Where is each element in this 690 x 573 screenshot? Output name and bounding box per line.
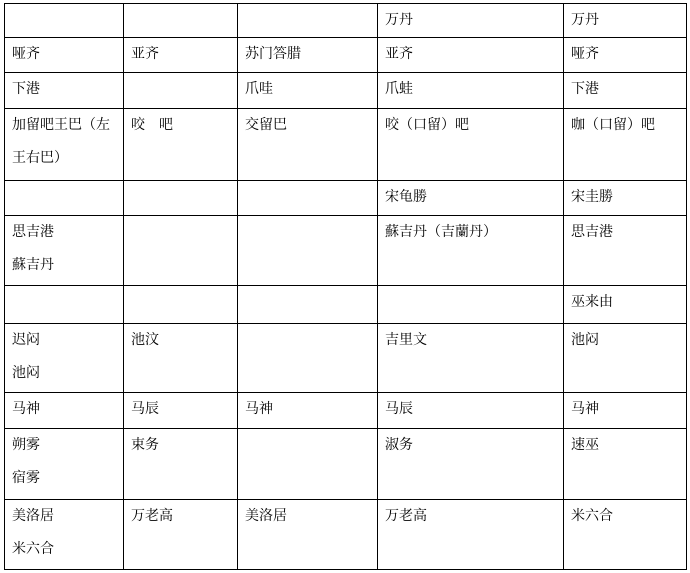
table-cell-r5-c0: 思吉港 蘇吉丹 bbox=[5, 216, 124, 286]
table-cell-r6-c2 bbox=[238, 286, 378, 324]
table-cell-r10-c0: 美洛居 米六合 bbox=[5, 500, 124, 570]
table-cell-r0-c1 bbox=[124, 4, 238, 38]
table-cell-r0-c3: 万丹 bbox=[378, 4, 564, 38]
table-cell-r10-c1: 万老高 bbox=[124, 500, 238, 570]
table-cell-r3-c2: 交留巴 bbox=[238, 109, 378, 181]
table-cell-r2-c0: 下港 bbox=[5, 73, 124, 109]
table-cell-r7-c2 bbox=[238, 324, 378, 393]
table-row: 迟闷 池闷 池汶 吉里文 池闷 bbox=[5, 324, 687, 393]
table-cell-r10-c3: 万老高 bbox=[378, 500, 564, 570]
table-cell-r4-c1 bbox=[124, 181, 238, 216]
table-cell-r5-c1 bbox=[124, 216, 238, 286]
table-cell-r1-c1: 亚齐 bbox=[124, 38, 238, 73]
table-cell-r2-c3: 爪蛙 bbox=[378, 73, 564, 109]
table-cell-r10-c2: 美洛居 bbox=[238, 500, 378, 570]
table-row: 美洛居 米六合 万老高 美洛居 万老高 米六合 bbox=[5, 500, 687, 570]
table-cell-r2-c1 bbox=[124, 73, 238, 109]
table-cell-r9-c1: 束务 bbox=[124, 429, 238, 500]
table-cell-r3-c3: 咬（口留）吧 bbox=[378, 109, 564, 181]
table-cell-r5-c4: 思吉港 bbox=[564, 216, 687, 286]
table-cell-r7-c0: 迟闷 池闷 bbox=[5, 324, 124, 393]
table-row: 哑齐 亚齐 苏门答腊 亚齐 哑齐 bbox=[5, 38, 687, 73]
table-cell-r3-c4: 咖（口留）吧 bbox=[564, 109, 687, 181]
table-cell-r9-c2 bbox=[238, 429, 378, 500]
table-cell-r7-c4: 池闷 bbox=[564, 324, 687, 393]
table-cell-r6-c3 bbox=[378, 286, 564, 324]
table-cell-r10-c4: 米六合 bbox=[564, 500, 687, 570]
table-cell-r6-c0 bbox=[5, 286, 124, 324]
table-cell-r8-c3: 马辰 bbox=[378, 393, 564, 429]
table-row: 宋龟勝 宋圭勝 bbox=[5, 181, 687, 216]
table-cell-r4-c0 bbox=[5, 181, 124, 216]
table-cell-r4-c2 bbox=[238, 181, 378, 216]
table-cell-r2-c2: 爪哇 bbox=[238, 73, 378, 109]
table-cell-r0-c2 bbox=[238, 4, 378, 38]
table-cell-r9-c0: 朔雾 宿雾 bbox=[5, 429, 124, 500]
table-cell-r8-c2: 马神 bbox=[238, 393, 378, 429]
table-cell-r7-c3: 吉里文 bbox=[378, 324, 564, 393]
table-row: 万丹 万丹 bbox=[5, 4, 687, 38]
place-name-transliteration-table: 万丹 万丹 哑齐 亚齐 苏门答腊 亚齐 哑齐 下港 爪哇 爪蛙 下港 加留吧王巴… bbox=[4, 3, 687, 570]
table-row: 下港 爪哇 爪蛙 下港 bbox=[5, 73, 687, 109]
table-cell-r5-c3: 蘇吉丹（吉蘭丹） bbox=[378, 216, 564, 286]
table-cell-r8-c4: 马神 bbox=[564, 393, 687, 429]
table-cell-r1-c3: 亚齐 bbox=[378, 38, 564, 73]
table-cell-r3-c1: 咬 吧 bbox=[124, 109, 238, 181]
table-cell-r0-c4: 万丹 bbox=[564, 4, 687, 38]
table-cell-r7-c1: 池汶 bbox=[124, 324, 238, 393]
table-cell-r9-c3: 淑务 bbox=[378, 429, 564, 500]
table-cell-r9-c4: 速巫 bbox=[564, 429, 687, 500]
table-cell-r4-c4: 宋圭勝 bbox=[564, 181, 687, 216]
table-row: 思吉港 蘇吉丹 蘇吉丹（吉蘭丹） 思吉港 bbox=[5, 216, 687, 286]
document-page: 万丹 万丹 哑齐 亚齐 苏门答腊 亚齐 哑齐 下港 爪哇 爪蛙 下港 加留吧王巴… bbox=[0, 3, 690, 573]
table-cell-r1-c0: 哑齐 bbox=[5, 38, 124, 73]
table-cell-r1-c2: 苏门答腊 bbox=[238, 38, 378, 73]
table-cell-r4-c3: 宋龟勝 bbox=[378, 181, 564, 216]
table-cell-r5-c2 bbox=[238, 216, 378, 286]
table-cell-r8-c1: 马辰 bbox=[124, 393, 238, 429]
table-cell-r1-c4: 哑齐 bbox=[564, 38, 687, 73]
table-row: 加留吧王巴（左 王右巴） 咬 吧 交留巴 咬（口留）吧 咖（口留）吧 bbox=[5, 109, 687, 181]
table-cell-r0-c0 bbox=[5, 4, 124, 38]
table-row: 马神 马辰 马神 马辰 马神 bbox=[5, 393, 687, 429]
table-cell-r6-c1 bbox=[124, 286, 238, 324]
table-row: 巫来由 bbox=[5, 286, 687, 324]
table-cell-r6-c4: 巫来由 bbox=[564, 286, 687, 324]
table-cell-r2-c4: 下港 bbox=[564, 73, 687, 109]
table-row: 朔雾 宿雾 束务 淑务 速巫 bbox=[5, 429, 687, 500]
table-cell-r3-c0: 加留吧王巴（左 王右巴） bbox=[5, 109, 124, 181]
table-cell-r8-c0: 马神 bbox=[5, 393, 124, 429]
